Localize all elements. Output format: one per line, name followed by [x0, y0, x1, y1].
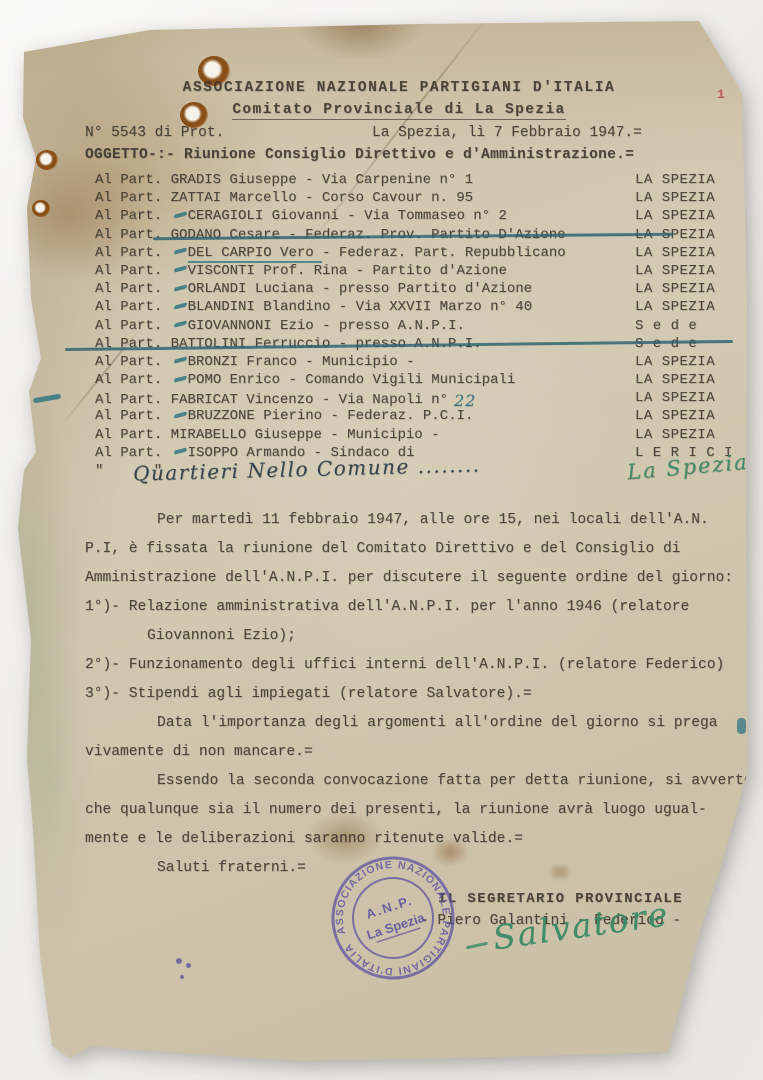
recipient-city: LA SPEZIA: [635, 389, 715, 407]
recipient-row: Al Part. DEL CARPIO Vero - Federaz. Part…: [95, 244, 745, 262]
protocol-number: N° 5543 di Prot.: [85, 125, 224, 141]
body-line: 3°)- Stipendi agli impiegati (relatore S…: [85, 680, 747, 709]
recipient-row: Al Part. BATTOLINI Ferruccio - presso A.…: [95, 335, 745, 353]
margin-mark-icon: [33, 394, 61, 403]
recipient-row: Al Part. BRUZZONE Pierino - Federaz. P.C…: [95, 407, 745, 425]
recipient-name: BRONZI Franco: [188, 354, 306, 370]
body-line: Per martedì 11 febbraio 1947, alle ore 1…: [85, 506, 747, 535]
recipient-name: GIOVANNONI Ezio: [188, 318, 322, 334]
body-line: che qualunque sia il numero dei presenti…: [85, 796, 747, 825]
recipient-address: - Via XXVII Marzo n° 40: [339, 299, 532, 315]
subject-line: OGGETTO-:- Riunione Consiglio Direttivo …: [85, 147, 634, 163]
recipient-address: - Municipio -: [330, 427, 439, 443]
ink-dot: [176, 958, 182, 964]
recipient-row: Al Part. GIOVANNONI Ezio - presso A.N.P.…: [95, 317, 745, 335]
recipient-prefix: Al Part.: [95, 245, 171, 261]
recipient-city: LA SPEZIA: [635, 262, 715, 280]
body-line: 1°)- Relazione amministrativa dell'A.N.P…: [85, 593, 747, 622]
recipient-city: LA SPEZIA: [635, 371, 715, 389]
recipient-name: DEL CARPIO Vero: [188, 245, 322, 263]
tick-mark-icon: [173, 211, 186, 218]
tick-mark-icon: [173, 411, 186, 418]
scanned-document: ASSOCIAZIONE NAZIONALE PARTIGIANI D'ITAL…: [0, 0, 763, 1080]
recipient-name: CERAGIOLI Giovanni: [188, 208, 348, 224]
body-line: vivamente di non mancare.=: [85, 738, 747, 767]
tick-mark-icon: [173, 302, 186, 309]
recipient-name: POMO Enrico: [188, 372, 289, 388]
recipient-prefix: Al Part.: [95, 408, 171, 424]
recipient-row: Al Part. BRONZI Franco - Municipio -LA S…: [95, 353, 745, 371]
recipient-prefix: Al Part.: [95, 190, 171, 206]
recipient-name: GRADIS Giuseppe: [171, 172, 305, 188]
recipient-row: Al Part. POMO Enrico - Comando Vigili Mu…: [95, 371, 745, 389]
recipient-address: - Federaz. P.C.I.: [330, 408, 473, 424]
recipient-row: Al Part. GODANO Cesare - Federaz. Prov. …: [95, 226, 745, 244]
recipient-address: - presso Partito d'Azione: [322, 281, 532, 297]
body-line: Data l'importanza degli argomenti all'or…: [85, 709, 747, 738]
place-and-date: La Spezia, lì 7 Febbraio 1947.=: [372, 125, 642, 141]
recipient-city: LA SPEZIA: [635, 353, 715, 371]
recipient-name: FABRICAT Vincenzo: [171, 392, 322, 408]
committee-title: Comitato Provinciale di La Spezia: [85, 102, 713, 118]
recipient-address: - Municipio -: [305, 354, 414, 370]
tick-mark-icon: [173, 448, 186, 455]
handwritten-recipient-row: " "Quartieri Nello Comune ........La Spe…: [95, 463, 745, 487]
recipient-city: S e d e: [635, 317, 697, 335]
tick-mark-icon: [173, 284, 186, 291]
recipient-name: ZATTAI Marcello: [171, 190, 305, 206]
recipient-city: LA SPEZIA: [635, 298, 715, 316]
recipient-address: - Via Napoli n°: [322, 392, 448, 408]
recipient-row: Al Part. MIRABELLO Giuseppe - Municipio …: [95, 426, 745, 444]
recipient-prefix: Al Part.: [95, 208, 171, 224]
ink-dot: [180, 975, 184, 979]
tick-mark-icon: [173, 357, 186, 364]
recipient-prefix: Al Part.: [95, 427, 171, 443]
recipient-row: Al Part. GRADIS Giuseppe - Via Carpenine…: [95, 171, 745, 189]
tick-mark-icon: [173, 266, 186, 273]
recipient-name: BLANDINI Blandino: [188, 299, 339, 315]
ink-dot: [186, 963, 191, 968]
document-page: ASSOCIAZIONE NAZIONALE PARTIGIANI D'ITAL…: [0, 0, 763, 1080]
recipient-address: - Federaz. Part. Repubblicano: [322, 245, 566, 261]
recipient-row: Al Part. CERAGIOLI Giovanni - Via Tommas…: [95, 207, 745, 225]
recipient-city: LA SPEZIA: [635, 189, 715, 207]
recipient-address: - Via Tommaseo n° 2: [347, 208, 507, 224]
tick-mark-icon: [173, 375, 186, 382]
recipient-prefix: Al Part.: [95, 318, 171, 334]
body-line: Amministrazione dell'A.N.P.I. per discut…: [85, 564, 747, 593]
recipient-prefix: Al Part.: [95, 372, 171, 388]
tick-mark-icon: [173, 320, 186, 327]
recipient-city: LA SPEZIA: [635, 407, 715, 425]
recipient-row: Al Part. ZATTAI Marcello - Corso Cavour …: [95, 189, 745, 207]
burn-hole: [36, 150, 58, 170]
recipient-city: S e d e: [635, 335, 697, 353]
body-line: Giovannoni Ezio);: [85, 622, 747, 651]
body-line: 2°)- Funzionamento degli uffici interni …: [85, 651, 747, 680]
recipient-city: LA SPEZIA: [635, 171, 715, 189]
recipient-city: LA SPEZIA: [635, 280, 715, 298]
recipient-address: - presso A.N.P.I.: [322, 318, 465, 334]
recipient-prefix: Al Part.: [95, 227, 171, 243]
recipient-row: Al Part. ORLANDI Luciana - presso Partit…: [95, 280, 745, 298]
organization-title: ASSOCIAZIONE NAZIONALE PARTIGIANI D'ITAL…: [85, 80, 713, 96]
burn-hole: [32, 200, 50, 217]
paper-shadow-wrap: ASSOCIAZIONE NAZIONALE PARTIGIANI D'ITAL…: [0, 0, 763, 1080]
recipient-row: Al Part. FABRICAT Vincenzo - Via Napoli …: [95, 389, 745, 407]
recipient-prefix: Al Part.: [95, 392, 171, 408]
recipient-city: LA SPEZIA: [635, 426, 715, 444]
recipient-name: GODANO Cesare: [171, 227, 289, 243]
tick-mark-icon: [173, 248, 186, 255]
recipient-prefix: Al Part.: [95, 281, 171, 297]
recipient-city: LA SPEZIA: [635, 244, 715, 262]
recipient-row: Al Part. VISCONTI Prof. Rina - Partito d…: [95, 262, 745, 280]
recipient-name: BATTOLINI Ferruccio: [171, 336, 339, 352]
body-line: Essendo la seconda convocazione fatta pe…: [85, 767, 747, 796]
recipient-address: - Partito d'Azione: [356, 263, 507, 279]
recipient-name: MIRABELLO Giuseppe: [171, 427, 331, 443]
letter-body: Per martedì 11 febbraio 1947, alle ore 1…: [85, 506, 747, 883]
committee-title-text: Comitato Provinciale di La Spezia: [232, 102, 565, 120]
recipient-prefix: Al Part.: [95, 263, 171, 279]
recipient-list: Al Part. GRADIS Giuseppe - Via Carpenine…: [95, 171, 745, 487]
recipient-name: ORLANDI Luciana: [188, 281, 322, 297]
recipient-name: VISCONTI Prof. Rina: [188, 263, 356, 279]
recipient-name: BRUZZONE Pierino: [188, 408, 331, 424]
recipient-address: - Corso Cavour n. 95: [305, 190, 473, 206]
recipient-prefix: Al Part.: [95, 299, 171, 315]
body-line: P.I, è fissata la riunione del Comitato …: [85, 535, 747, 564]
recipient-row: Al Part. BLANDINI Blandino - Via XXVII M…: [95, 298, 745, 316]
recipient-prefix: Al Part.: [95, 354, 171, 370]
page-number-mark: 1: [717, 87, 725, 102]
recipient-address: - Via Carpenine n° 1: [305, 172, 473, 188]
recipient-city: LA SPEZIA: [635, 207, 715, 225]
recipient-prefix: Al Part.: [95, 172, 171, 188]
recipient-address: - Comando Vigili Municipali: [288, 372, 515, 388]
recipient-prefix: Al Part.: [95, 445, 171, 461]
